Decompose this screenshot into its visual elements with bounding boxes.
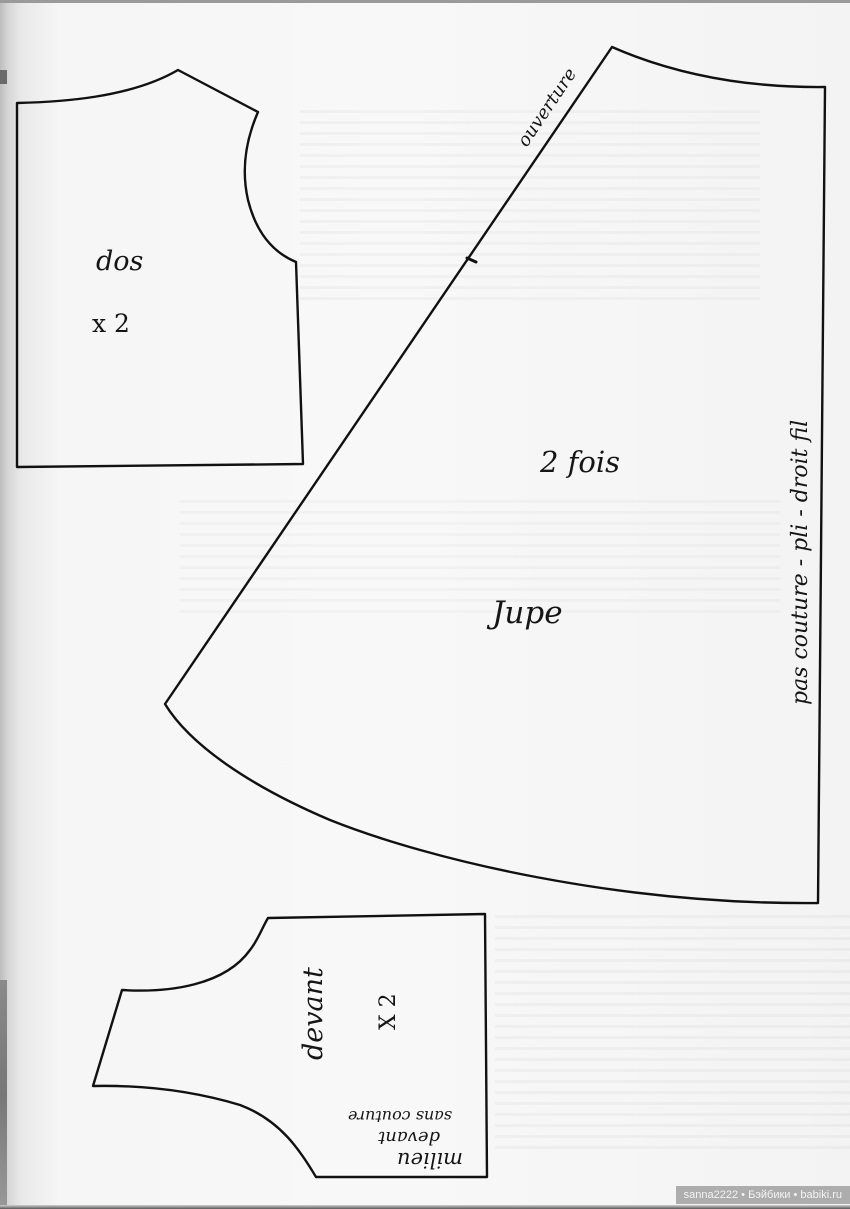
back-bodice-name: dos — [96, 248, 143, 275]
front-center-note-line3: sans couture — [348, 1108, 452, 1124]
pattern-drawing — [0, 0, 850, 1209]
skirt-quantity: 2 fois — [540, 448, 620, 477]
back-bodice-outline — [17, 70, 303, 467]
skirt-fold-grain-label: pas couture - pli - droit fil — [790, 420, 812, 705]
skirt-opening-notch — [467, 258, 476, 262]
front-center-note-line1: milieu — [397, 1149, 463, 1170]
back-bodice-quantity: x 2 — [92, 311, 130, 336]
skirt-name: Jupe — [492, 598, 563, 629]
front-bodice-name: devant — [300, 967, 327, 1060]
front-bodice-quantity: X 2 — [378, 993, 400, 1030]
front-center-note-line2: devant — [378, 1128, 440, 1146]
watermark: sanna2222 • Бэйбики • babiki.ru — [676, 1186, 850, 1204]
scanned-page: dos x 2 2 fois Jupe ouverture pas coutur… — [0, 0, 850, 1209]
skirt-outline — [165, 47, 825, 903]
